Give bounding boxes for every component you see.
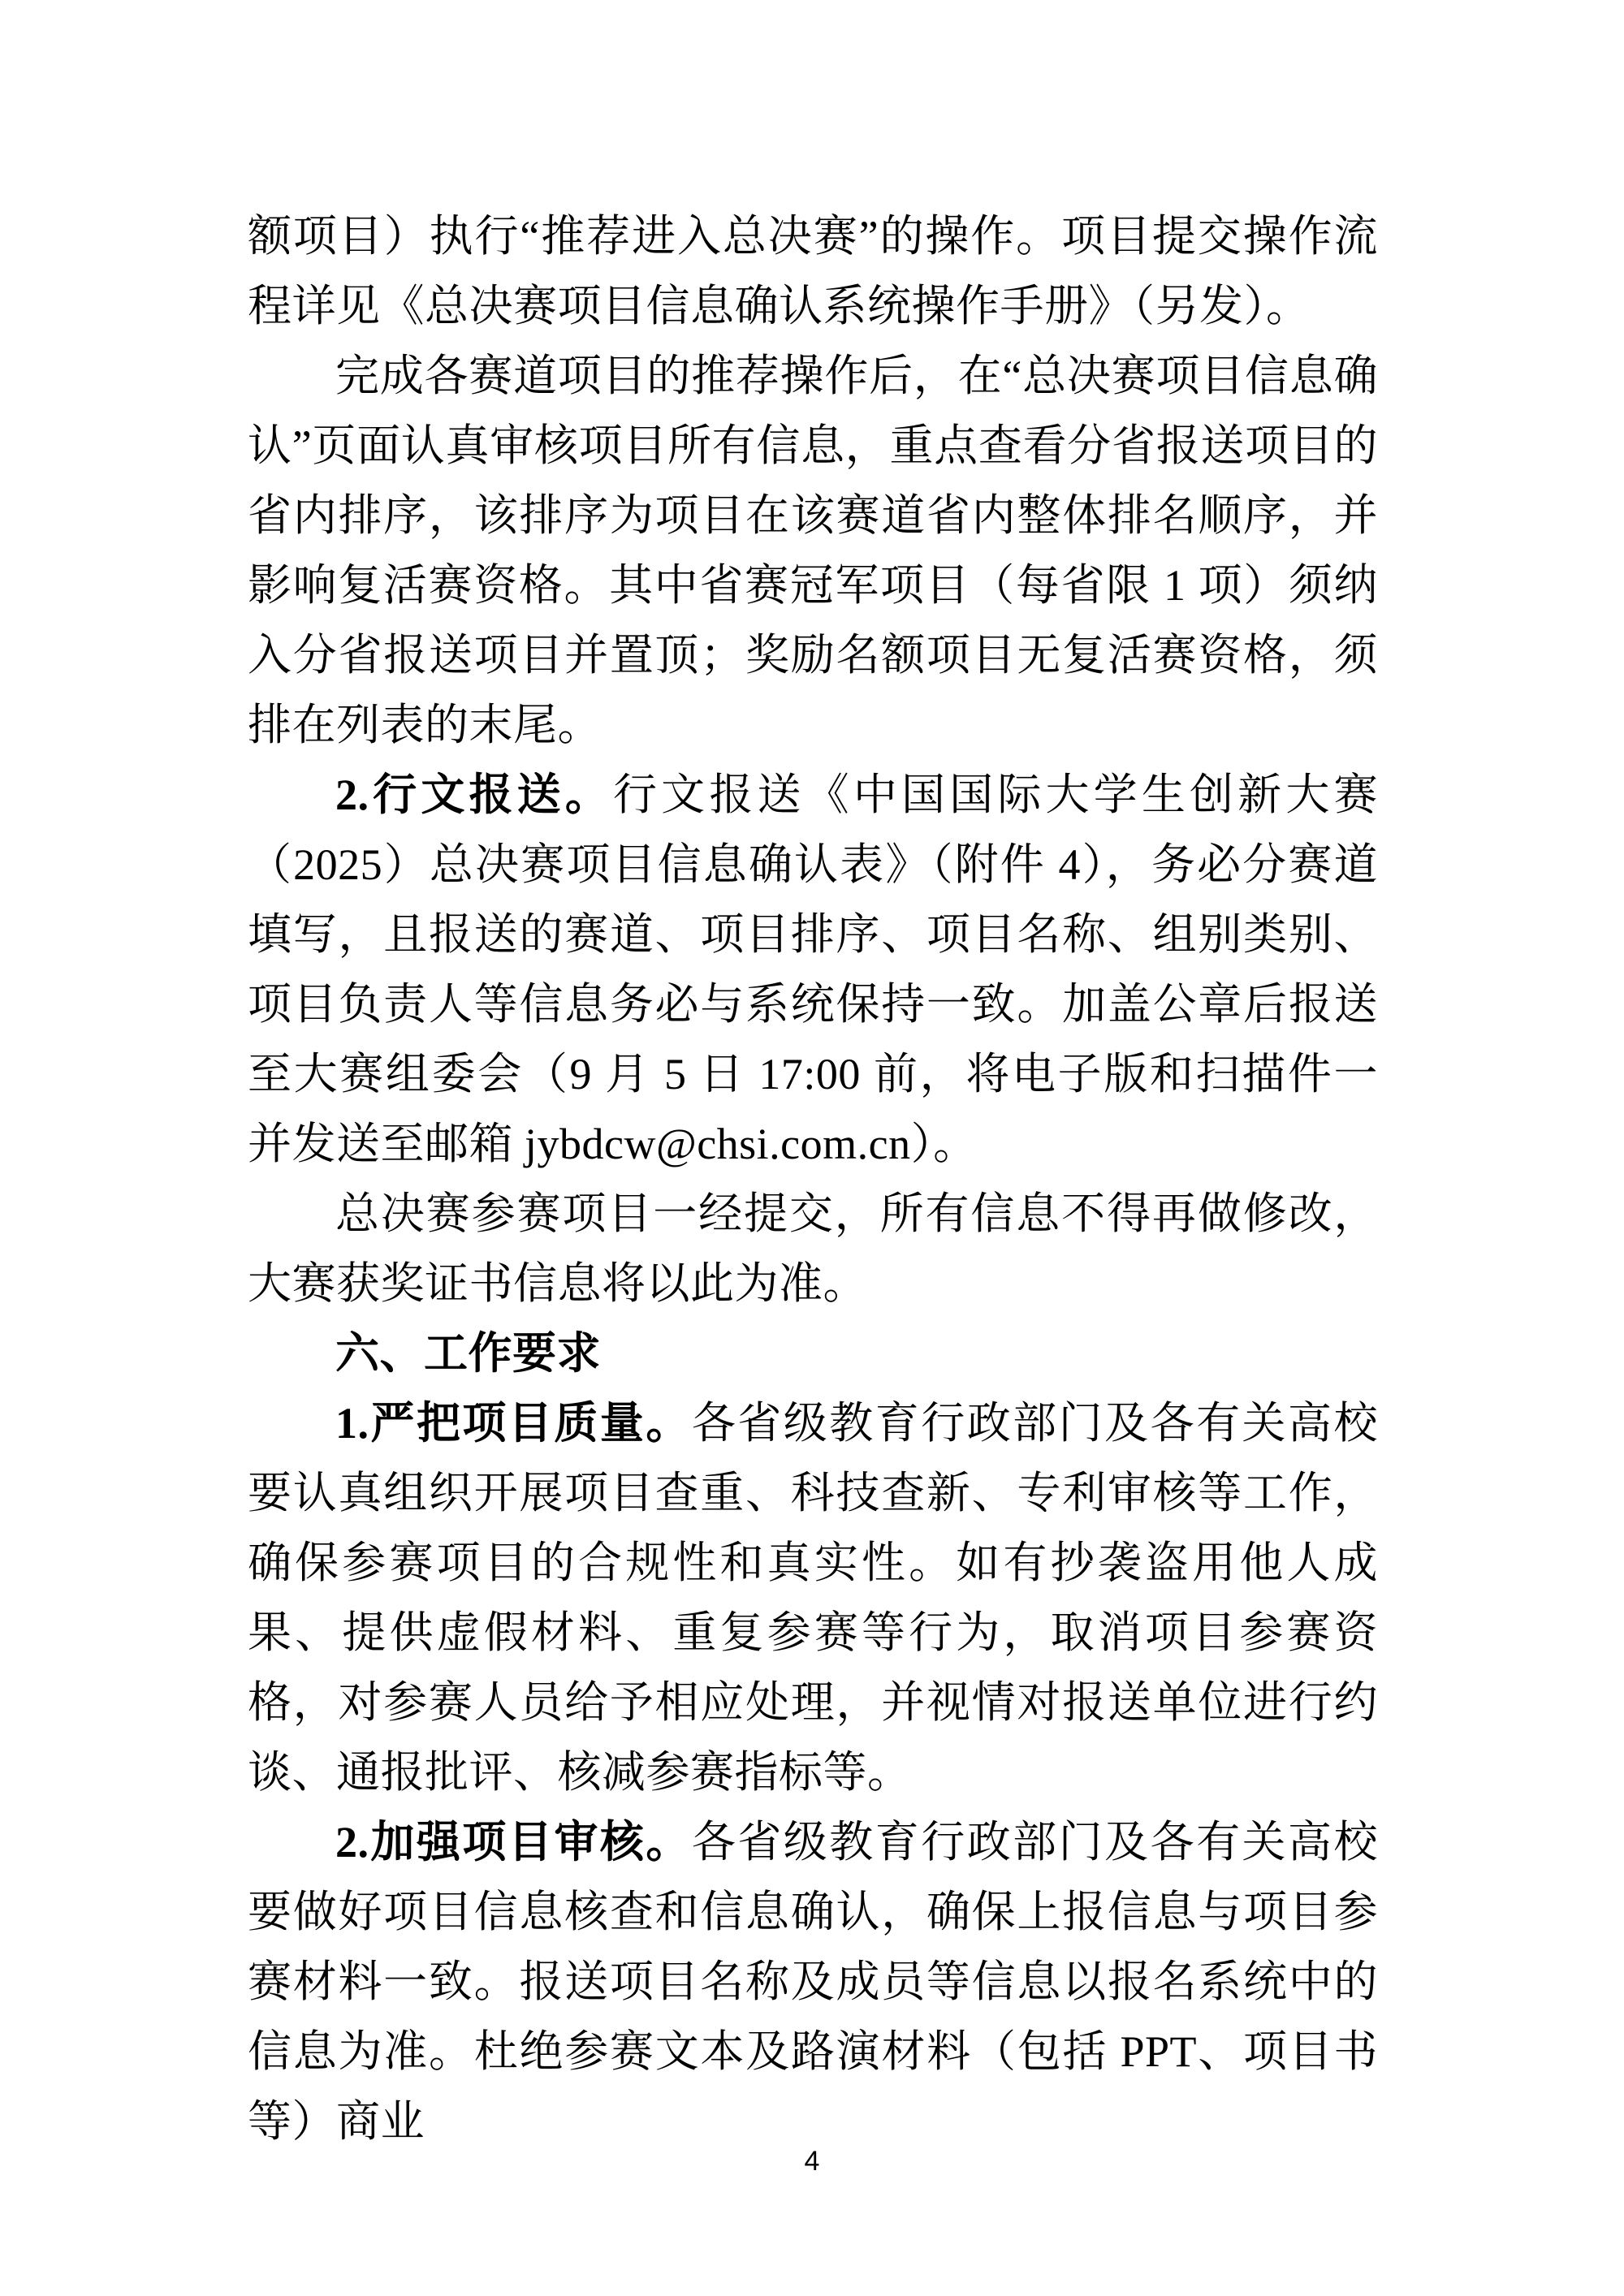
paragraph-no-modification-after-submit: 总决赛参赛项目一经提交，所有信息不得再做修改，大赛获奖证书信息将以此为准。 [248, 1179, 1378, 1318]
page-number: 4 [805, 2146, 820, 2177]
paragraph-text: 行文报送《中国国际大学生创新大赛（2025）总决赛项目信息确认表》（附件 4），… [248, 770, 1378, 1168]
document-body: 额项目）执行“推荐进入总决赛”的操作。项目提交操作流程详见《总决赛项目信息确认系… [248, 201, 1378, 2156]
paragraph-text: 各省级教育行政部门及各有关高校要做好项目信息核查和信息确认，确保上报信息与项目参… [248, 1818, 1378, 2146]
paragraph-text: 总决赛参赛项目一经提交，所有信息不得再做修改，大赛获奖证书信息将以此为准。 [248, 1189, 1378, 1308]
paragraph-text: 额项目）执行“推荐进入总决赛”的操作。项目提交操作流程详见《总决赛项目信息确认系… [248, 212, 1378, 330]
paragraph-lead-bold: 2.加强项目审核。 [335, 1818, 692, 1867]
paragraph-carryover-finals-recommendation: 额项目）执行“推荐进入总决赛”的操作。项目提交操作流程详见《总决赛项目信息确认系… [248, 201, 1378, 341]
paragraph-project-quality-control: 1.严把项目质量。各省级教育行政部门及各有关高校要认真组织开展项目查重、科技查新… [248, 1388, 1378, 1807]
paragraph-text: 完成各赛道项目的推荐操作后，在“总决赛项目信息确认”页面认真审核项目所有信息，重… [248, 352, 1378, 749]
document-page: 额项目）执行“推荐进入总决赛”的操作。项目提交操作流程详见《总决赛项目信息确认系… [0, 0, 1624, 2296]
paragraph-lead-bold: 1.严把项目质量。 [335, 1399, 692, 1448]
paragraph-official-document-submission: 2.行文报送。行文报送《中国国际大学生创新大赛（2025）总决赛项目信息确认表》… [248, 760, 1378, 1179]
paragraph-project-info-review: 完成各赛道项目的推荐操作后，在“总决赛项目信息确认”页面认真审核项目所有信息，重… [248, 341, 1378, 760]
paragraph-lead-bold: 2.行文报送。 [335, 770, 613, 819]
paragraph-text: 各省级教育行政部门及各有关高校要认真组织开展项目查重、科技查新、专利审核等工作，… [248, 1399, 1378, 1797]
section-heading-work-requirements: 六、工作要求 [248, 1318, 1378, 1388]
paragraph-project-audit: 2.加强项目审核。各省级教育行政部门及各有关高校要做好项目信息核查和信息确认，确… [248, 1807, 1378, 2156]
page-footer: 4 [0, 2145, 1624, 2177]
